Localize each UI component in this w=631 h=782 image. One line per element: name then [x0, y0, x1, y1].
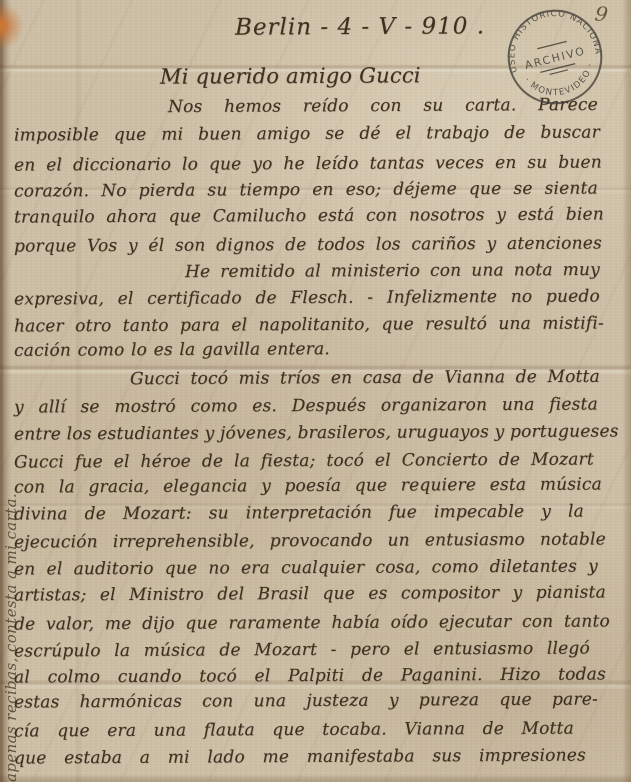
letter-line: Gucci fue el héroe de la fiesta; tocó el…: [14, 449, 594, 472]
letter-line: expresiva, el certificado de Flesch. - I…: [14, 286, 600, 309]
letter-page: Berlin - 4 - V - 910 .Mi querido amigo G…: [0, 0, 631, 782]
letter-line: imposible que mi buen amigo se dé el tra…: [14, 122, 600, 145]
letter-line: y allí se mostró como es. Después organi…: [14, 394, 598, 417]
letter-line: de valor, me dijo que raramente había oí…: [14, 611, 610, 634]
letter-line: corazón. No pierda su tiempo en eso; déj…: [14, 178, 598, 201]
letter-line: escrúpulo la música de Mozart - pero el …: [14, 638, 590, 661]
margin-note: apenas recibas, contesta a mi carta.: [2, 250, 20, 782]
letter-line: al colmo cuando tocó el Palpiti de Pagan…: [14, 664, 606, 687]
letter-line: estas harmónicas con una justeza y purez…: [14, 689, 598, 712]
letter-line: entre los estudiantes y jóvenes, brasile…: [14, 421, 619, 444]
letter-line: divina de Mozart: su interpretación fue …: [14, 502, 584, 525]
letter-line: artistas; el Ministro del Brasil que es …: [14, 582, 606, 605]
letter-line: cía que era una flauta que tocaba. Viann…: [14, 719, 574, 742]
letter-line: cación como lo es la gavilla entera.: [14, 339, 330, 361]
letter-line: ejecución irreprehensible, provocando un…: [14, 529, 606, 552]
letter-line: que estaba a mi lado me manifestaba sus …: [14, 746, 586, 769]
letter-line: en el diccionario lo que yo he leído tan…: [14, 152, 602, 175]
letter-line: He remitido al ministerio con una nota m…: [185, 260, 600, 282]
letter-line: hacer otro tanto para el napolitanito, q…: [14, 313, 604, 336]
letter-line: Gucci tocó mis tríos en casa de Vianna d…: [130, 367, 600, 389]
letter-line: tranquilo ahora que Camilucho está con n…: [14, 204, 604, 227]
greeting-line: Mi querido amigo Gucci: [160, 63, 421, 88]
stamp-center-text: ARCHIVO: [523, 44, 587, 72]
date-line: Berlin - 4 - V - 910 .: [235, 13, 485, 40]
letter-line: en el auditorio que no era cualquier cos…: [14, 556, 598, 579]
letter-line: porque Vos y él son dignos de todos los …: [14, 233, 602, 256]
letter-line: con la gracia, elegancia y poesía que re…: [14, 474, 602, 497]
